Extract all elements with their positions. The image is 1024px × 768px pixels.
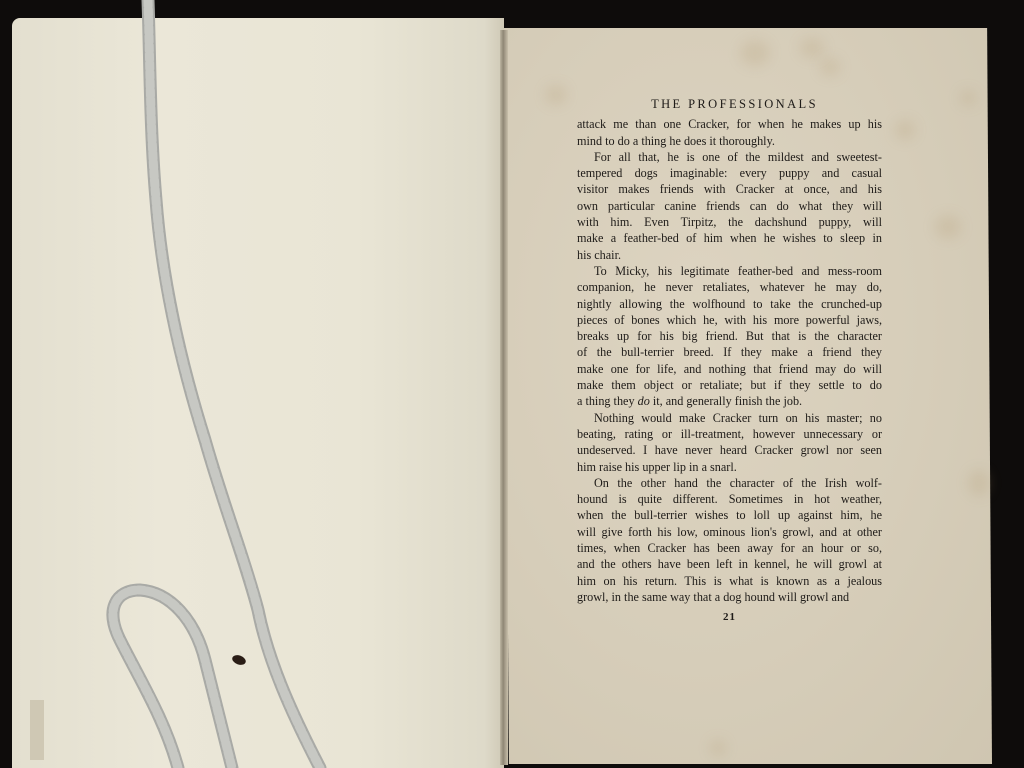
open-book-photo: THE PROFESSIONALS attack me than one Cra…: [0, 0, 1024, 768]
string-bead: [231, 653, 247, 666]
